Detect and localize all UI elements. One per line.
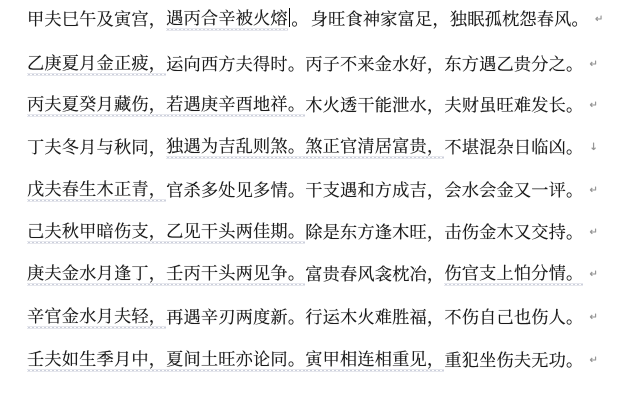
- verse-line-3-part-3: 木火透干能泄水，: [305, 91, 444, 116]
- verse-line-1-part-2: 遇丙合辛被火熔: [166, 4, 288, 31]
- verse-line-3-part-1: 丙夫夏癸月藏伤，: [27, 90, 166, 117]
- verse-line-8-part-3: 行运木火难胜福，: [305, 303, 444, 328]
- verse-line-7-part-4: 伤官支上怕分情。: [444, 259, 583, 286]
- verse-line-2-part-4: 东方遇乙贵分之。: [444, 50, 583, 75]
- verse-line-4-part-2: 独遇为吉乱则煞。: [166, 132, 305, 159]
- verse-line-3-part-2: 若遇庚辛酉地祥。: [166, 90, 305, 117]
- verse-line-8-part-2: 再遇辛刃两度新。: [166, 303, 305, 328]
- paragraph-mark-icon: ↵: [589, 185, 598, 196]
- verse-line-4-part-3: 煞正官清居富贵，: [305, 132, 444, 159]
- verse-line-7-part-1: 庚夫金水月逢丁，: [27, 259, 166, 286]
- verse-line-2-part-2: 运向西方夫得时。: [166, 50, 305, 75]
- verse-line-4-part-1: 丁夫冬月与秋同，: [27, 133, 166, 158]
- verse-line-7-part-2: 壬丙干头两见争。: [166, 259, 305, 286]
- paragraph-mark-icon: ↵: [589, 355, 598, 366]
- verse-line-8-part-1: 辛官金水月夫轻，: [27, 302, 166, 329]
- verse-line-5-part-4: 会水会金又一评。: [444, 176, 583, 201]
- document-page[interactable]: 甲夫巳午及寅宫， 遇丙合辛被火熔。 身旺食神家富足， 独眠孤枕怨春风。 ↵ 乙庚…: [0, 0, 640, 400]
- verse-line-6-part-4: 击伤金木又交持。: [444, 218, 583, 243]
- verse-line-1[interactable]: 甲夫巳午及寅宫， 遇丙合辛被火熔。 身旺食神家富足， 独眠孤枕怨春风。 ↵: [27, 5, 604, 29]
- verse-line-7-part-3: 富贵春风衾枕冶，: [305, 260, 444, 285]
- verse-line-7[interactable]: 庚夫金水月逢丁， 壬丙干头两见争。 富贵春风衾枕冶， 伤官支上怕分情。 ↵: [27, 260, 598, 284]
- verse-line-5-part-1: 戊夫春生木正青，: [27, 175, 166, 202]
- verse-line-6-part-2: 乙见干头两佳期。: [166, 217, 305, 244]
- verse-line-3[interactable]: 丙夫夏癸月藏伤， 若遇庚辛酉地祥。 木火透干能泄水， 夫财虽旺难发长。 ↵: [27, 91, 598, 115]
- paragraph-mark-icon: ↓: [589, 142, 598, 153]
- verse-line-6[interactable]: 己夫秋甲暗伤支， 乙见干头两佳期。 除是东方逢木旺， 击伤金木又交持。 ↵: [27, 218, 598, 242]
- paragraph-mark-icon: ↵: [589, 227, 598, 238]
- paragraph-mark-icon: ↵: [589, 269, 598, 280]
- verse-line-1-period: 。: [291, 5, 308, 30]
- paragraph-mark-icon: ↵: [589, 100, 598, 111]
- verse-line-6-part-1: 己夫秋甲暗伤支，: [27, 217, 166, 244]
- verse-line-2-part-3: 丙子不来金水好，: [305, 50, 444, 75]
- paragraph-mark-icon: ↵: [589, 59, 598, 70]
- verse-line-3-part-4: 夫财虽旺难发长。: [444, 91, 583, 116]
- verse-line-4[interactable]: 丁夫冬月与秋同， 独遇为吉乱则煞。 煞正官清居富贵， 不堪混杂日临凶。 ↓: [27, 133, 598, 157]
- verse-line-5-part-3: 干支遇和方成吉，: [305, 176, 444, 201]
- verse-line-9-part-1: 壬夫如生季月中，: [27, 345, 166, 372]
- verse-line-1-part-4: 独眠孤枕怨春风。: [450, 5, 589, 30]
- verse-line-9-part-2: 夏间土旺亦论同。: [166, 345, 305, 372]
- verse-line-2[interactable]: 乙庚夏月金正疲， 运向西方夫得时。 丙子不来金水好， 东方遇乙贵分之。 ↵: [27, 50, 598, 74]
- verse-line-9-part-3: 寅甲相连相重见，: [305, 345, 444, 372]
- verse-line-8-part-4: 不伤自己也伤人。: [444, 303, 583, 328]
- verse-line-8[interactable]: 辛官金水月夫轻， 再遇辛刃两度新。 行运木火难胜福， 不伤自己也伤人。 ↵: [27, 303, 598, 327]
- verse-line-4-part-4: 不堪混杂日临凶。: [444, 133, 583, 158]
- verse-line-5[interactable]: 戊夫春生木正青， 官杀多处见多情。 干支遇和方成吉， 会水会金又一评。 ↵: [27, 176, 598, 200]
- verse-line-6-part-3: 除是东方逢木旺，: [305, 218, 444, 243]
- paragraph-mark-icon: ↵: [589, 312, 598, 323]
- paragraph-mark-icon: ↵: [595, 14, 604, 25]
- verse-line-9-part-4: 重犯坐伤夫无功。: [444, 346, 583, 371]
- verse-line-5-part-2: 官杀多处见多情。: [166, 176, 305, 201]
- verse-line-2-part-1: 乙庚夏月金正疲，: [27, 49, 166, 76]
- verse-line-9[interactable]: 壬夫如生季月中， 夏间土旺亦论同。 寅甲相连相重见， 重犯坐伤夫无功。 ↵: [27, 346, 598, 370]
- verse-line-1-part-1: 甲夫巳午及寅宫，: [27, 5, 166, 30]
- verse-line-1-part-3: 身旺食神家富足，: [311, 5, 450, 30]
